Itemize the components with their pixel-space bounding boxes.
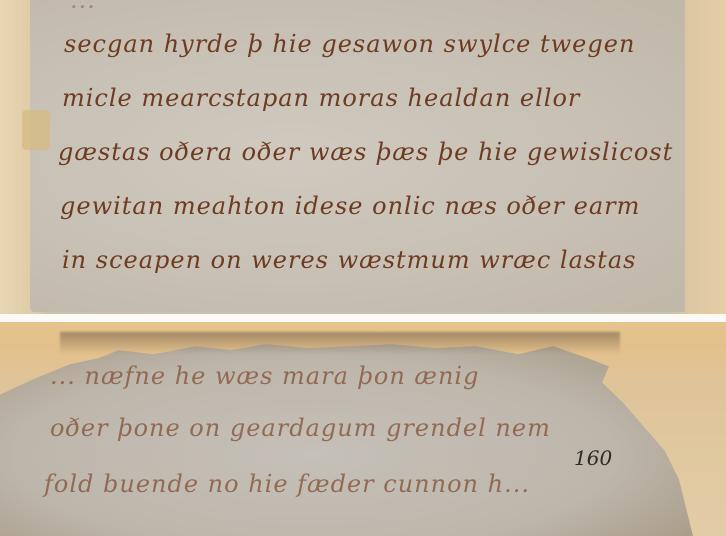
manuscript-line-4: gewitan meahton idese onlic næs oðer ear… <box>60 192 640 220</box>
manuscript-fragment-bottom: ... næfne he wæs mara þon ænig oðer þone… <box>0 322 726 536</box>
manuscript-line-2: micle mearcstapan moras healdan ellor <box>62 84 580 112</box>
manuscript-fragment-top: ... secgan hyrde þ hie gesawon swylce tw… <box>0 0 726 314</box>
folio-number: 160 <box>574 446 612 470</box>
manuscript-line-7: oðer þone on geardagum grendel nem <box>50 414 551 442</box>
manuscript-line-cut: ... <box>70 0 96 14</box>
manuscript-line-1: secgan hyrde þ hie gesawon swylce twegen <box>64 30 635 58</box>
manuscript-line-5: in sceapen on weres wæstmum wræc lastas <box>62 246 636 274</box>
backing-paper-edge <box>686 0 726 312</box>
fire-damage-edge <box>60 332 620 354</box>
manuscript-line-8: fold buende no hie fæder cunnon h... <box>44 470 530 498</box>
manuscript-line-3: gæstas oðera oðer wæs þæs þe hie gewisli… <box>58 138 673 166</box>
manuscript-line-6: ... næfne he wæs mara þon ænig <box>50 362 479 390</box>
fragment-divider <box>0 314 726 322</box>
